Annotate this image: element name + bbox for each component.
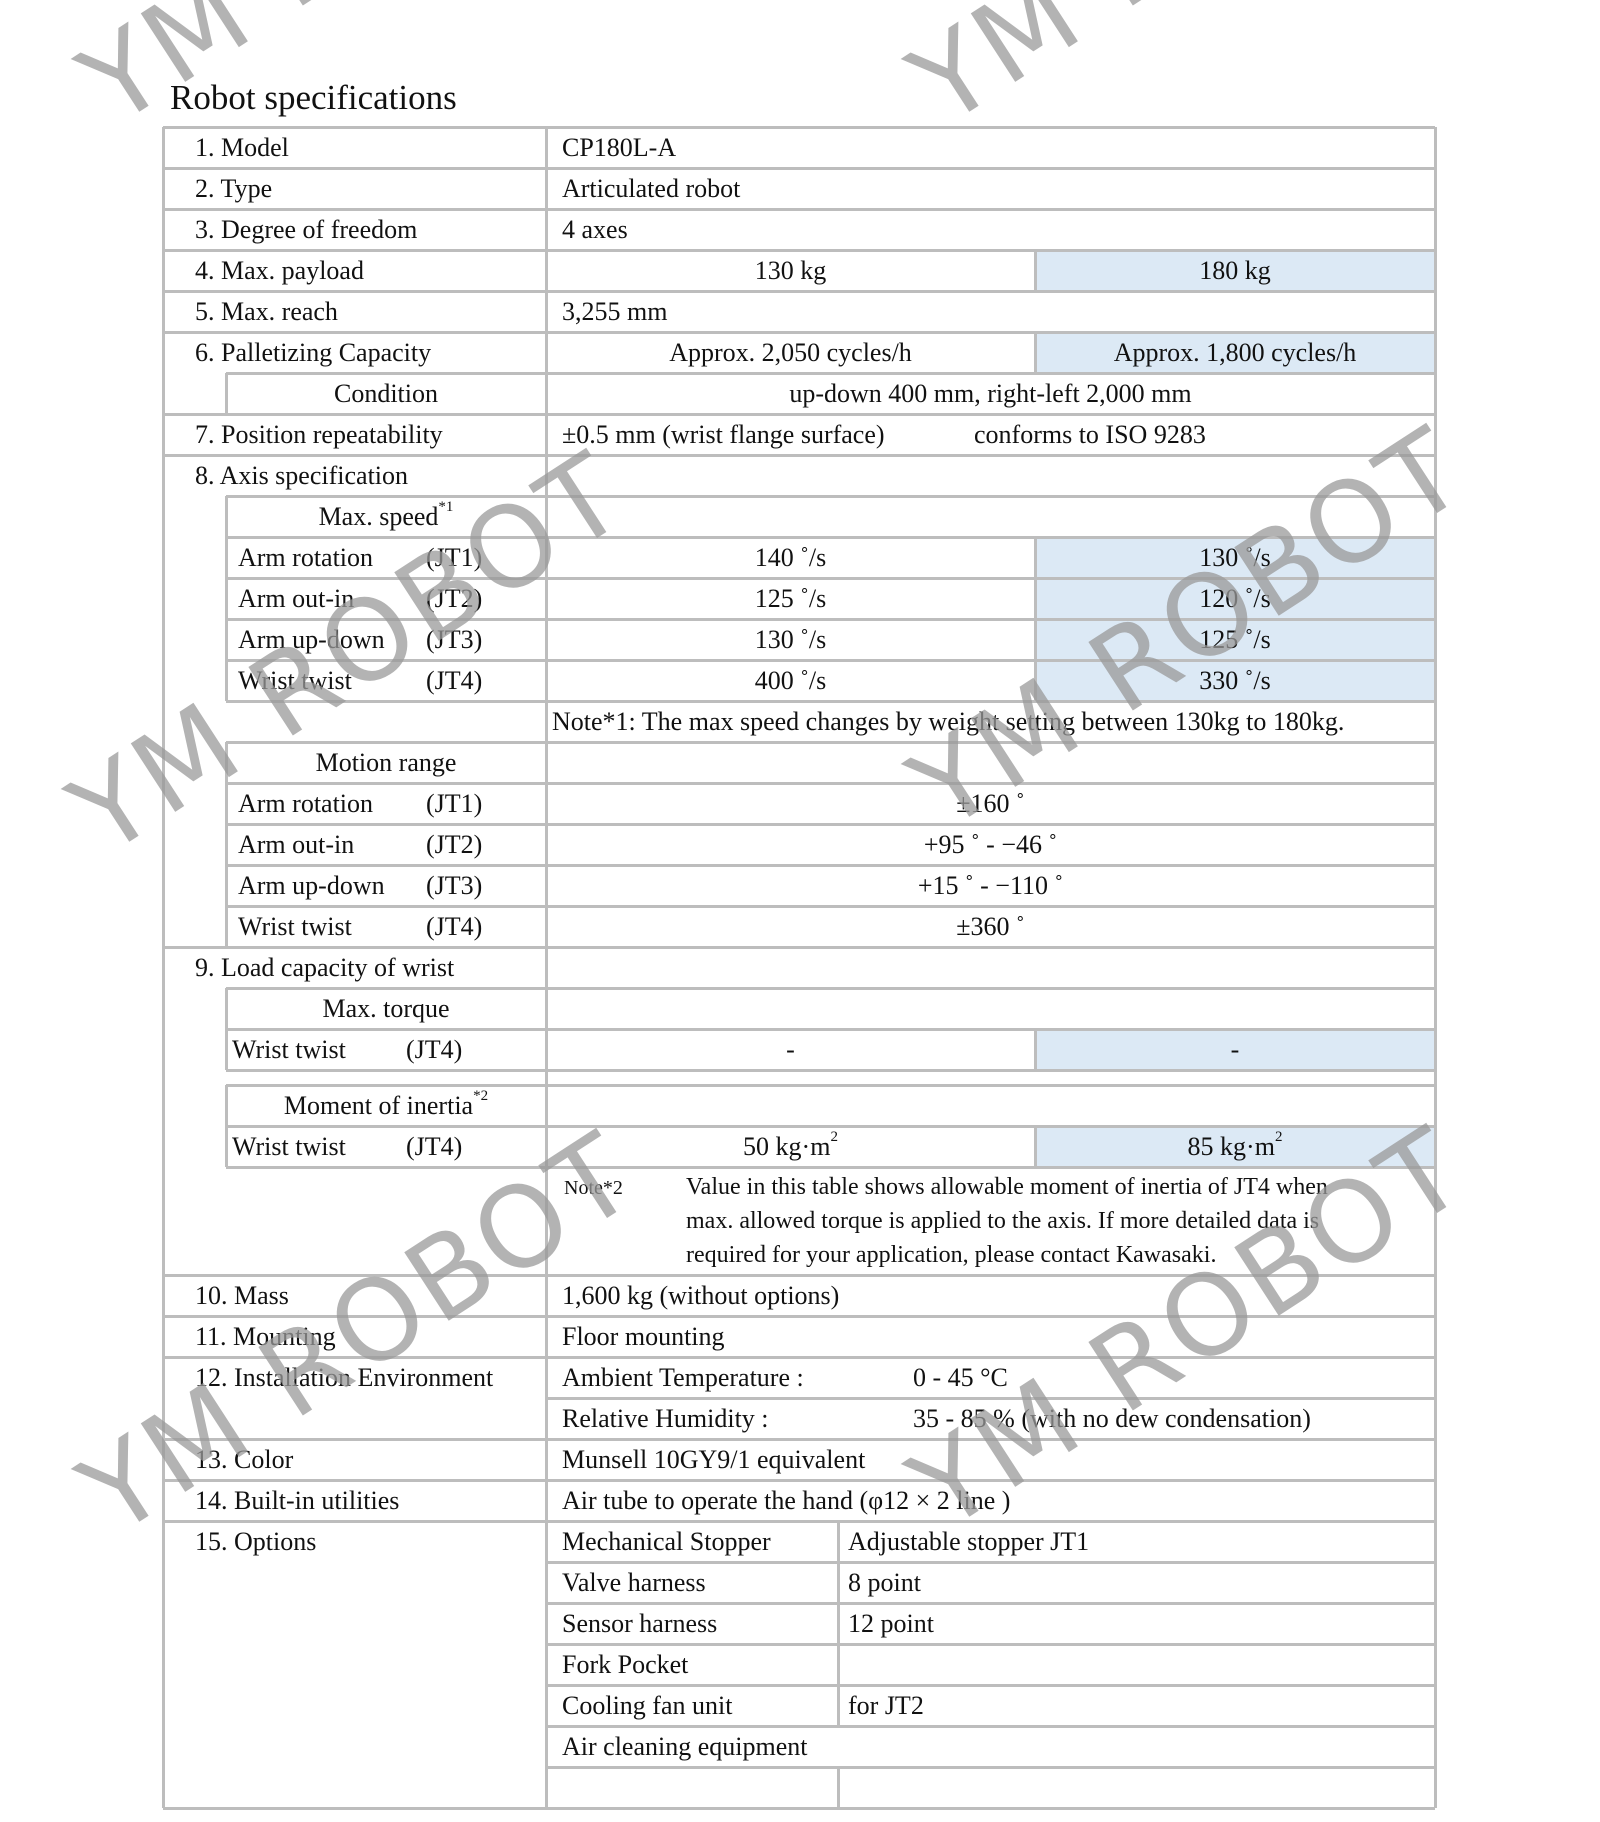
speed-value-a: 400 ˚/s <box>546 660 1035 701</box>
payload-value-a: 130 kg <box>546 250 1035 291</box>
range-axis-jt: (JT1) <box>426 783 526 824</box>
table-rule <box>163 1479 1435 1482</box>
range-value: +15 ˚ - −110 ˚ <box>546 865 1435 906</box>
table-rule <box>163 167 1435 170</box>
range-axis-name: Arm out-in <box>238 824 438 865</box>
table-rule <box>163 126 1435 129</box>
model-label: 1. Model <box>195 127 546 168</box>
speed-value-b: 120 ˚/s <box>1035 578 1435 619</box>
speed-value-b: 125 ˚/s <box>1035 619 1435 660</box>
max-torque-label: Max. torque <box>226 988 546 1029</box>
table-rule <box>162 127 165 1808</box>
speed-axis-name: Arm rotation <box>238 537 438 578</box>
table-rule <box>1034 619 1037 660</box>
inertia-value-b: 85 kg·m2 <box>1035 1126 1435 1167</box>
option-detail: 8 point <box>848 1562 1435 1603</box>
utilities-value: Air tube to operate the hand (φ12 × 2 li… <box>562 1480 1435 1521</box>
table-rule <box>163 249 1435 252</box>
option-detail: 12 point <box>848 1603 1435 1644</box>
table-rule <box>163 1315 1435 1318</box>
range-axis-name: Arm up-down <box>238 865 438 906</box>
inertia-axis-jt: (JT4) <box>406 1126 506 1167</box>
table-rule <box>163 208 1435 211</box>
note-2-line: required for your application, please co… <box>686 1238 1216 1272</box>
humidity-label: Relative Humidity : <box>562 1398 862 1439</box>
table-rule <box>163 1274 1435 1277</box>
dof-value: 4 axes <box>562 209 1435 250</box>
table-rule <box>225 988 228 1070</box>
range-value: ±160 ˚ <box>546 783 1435 824</box>
torque-axis-name: Wrist twist <box>232 1029 432 1070</box>
condition-value: up-down 400 mm, right-left 2,000 mm <box>546 373 1435 414</box>
torque-axis-jt: (JT4) <box>406 1029 506 1070</box>
inertia-axis-name: Wrist twist <box>232 1126 432 1167</box>
environment-label: 12. Installation Environment <box>195 1357 558 1398</box>
option-name: Fork Pocket <box>562 1644 962 1685</box>
temperature-value: 0 - 45 °C <box>913 1357 1413 1398</box>
type-value: Articulated robot <box>562 168 1435 209</box>
speed-value-b: 330 ˚/s <box>1035 660 1435 701</box>
color-value: Munsell 10GY9/1 equivalent <box>562 1439 1435 1480</box>
inertia-label: Moment of inertia*2 <box>226 1085 546 1126</box>
table-rule <box>546 1766 1435 1769</box>
table-rule <box>226 1166 1435 1169</box>
type-label: 2. Type <box>195 168 546 209</box>
mass-value: 1,600 kg (without options) <box>562 1275 1435 1316</box>
table-rule <box>837 1644 840 1685</box>
note-2-label: Note*2 <box>564 1171 623 1205</box>
wrist-load-label: 9. Load capacity of wrist <box>195 947 546 988</box>
option-name: Air cleaning equipment <box>562 1726 962 1767</box>
table-rule <box>1434 127 1437 1808</box>
speed-axis-name: Wrist twist <box>238 660 438 701</box>
table-rule <box>1034 250 1037 291</box>
speed-axis-jt: (JT2) <box>426 578 526 619</box>
dof-label: 3. Degree of freedom <box>195 209 546 250</box>
table-rule <box>1034 537 1037 578</box>
note-2-line: max. allowed torque is applied to the ax… <box>686 1204 1319 1238</box>
speed-value-a: 125 ˚/s <box>546 578 1035 619</box>
repeatability-standard: conforms to ISO 9283 <box>974 414 1374 455</box>
repeatability-value: ±0.5 mm (wrist flange surface) <box>562 414 962 455</box>
torque-value-b: - <box>1035 1029 1435 1070</box>
model-value: CP180L-A <box>562 127 1435 168</box>
max-speed-label: Max. speed*1 <box>226 496 546 537</box>
table-rule <box>1034 1029 1037 1070</box>
note-2-line: Value in this table shows allowable mome… <box>686 1170 1328 1204</box>
speed-axis-jt: (JT1) <box>426 537 526 578</box>
table-rule <box>1034 578 1037 619</box>
humidity-value: 35 - 85 % (with no dew condensation) <box>913 1398 1433 1439</box>
speed-axis-name: Arm out-in <box>238 578 438 619</box>
range-value: ±360 ˚ <box>546 906 1435 947</box>
speed-axis-name: Arm up-down <box>238 619 438 660</box>
range-axis-name: Arm rotation <box>238 783 438 824</box>
payload-label: 4. Max. payload <box>195 250 546 291</box>
reach-value: 3,255 mm <box>562 291 1435 332</box>
table-rule <box>837 1562 840 1603</box>
table-rule <box>163 331 1435 334</box>
table-rule <box>163 1438 1435 1441</box>
table-rule <box>226 1069 1435 1072</box>
speed-axis-jt: (JT3) <box>426 619 526 660</box>
table-rule <box>225 1085 228 1167</box>
page-title: Robot specifications <box>170 78 457 118</box>
condition-label: Condition <box>226 373 546 414</box>
palletizing-label: 6. Palletizing Capacity <box>195 332 546 373</box>
options-label: 15. Options <box>195 1521 546 1562</box>
payload-value-b: 180 kg <box>1035 250 1435 291</box>
table-rule <box>225 496 228 701</box>
table-rule <box>1034 660 1037 701</box>
utilities-label: 14. Built-in utilities <box>195 1480 546 1521</box>
range-axis-jt: (JT2) <box>426 824 526 865</box>
speed-value-b: 130 ˚/s <box>1035 537 1435 578</box>
palletizing-value-b: Approx. 1,800 cycles/h <box>1035 332 1435 373</box>
mounting-label: 11. Mounting <box>195 1316 546 1357</box>
repeatability-label: 7. Position repeatability <box>195 414 546 455</box>
table-rule <box>1034 332 1037 373</box>
table-rule <box>837 1767 840 1808</box>
option-detail: Adjustable stopper JT1 <box>848 1521 1435 1562</box>
mounting-value: Floor mounting <box>562 1316 1435 1357</box>
inertia-value-a: 50 kg·m2 <box>546 1126 1035 1167</box>
motion-range-label: Motion range <box>226 742 546 783</box>
speed-value-a: 130 ˚/s <box>546 619 1035 660</box>
range-axis-jt: (JT4) <box>426 906 526 947</box>
table-rule <box>1034 1126 1037 1167</box>
table-rule <box>837 1685 840 1726</box>
range-axis-jt: (JT3) <box>426 865 526 906</box>
axis-spec-label: 8. Axis specification <box>195 455 546 496</box>
range-axis-name: Wrist twist <box>238 906 438 947</box>
speed-value-a: 140 ˚/s <box>546 537 1035 578</box>
speed-axis-jt: (JT4) <box>426 660 526 701</box>
reach-label: 5. Max. reach <box>195 291 546 332</box>
palletizing-value-a: Approx. 2,050 cycles/h <box>546 332 1035 373</box>
option-detail: for JT2 <box>848 1685 1435 1726</box>
mass-label: 10. Mass <box>195 1275 546 1316</box>
table-rule <box>225 742 228 947</box>
table-rule <box>163 1807 1435 1810</box>
table-rule <box>163 290 1435 293</box>
table-rule <box>837 1603 840 1644</box>
torque-value-a: - <box>546 1029 1035 1070</box>
temperature-label: Ambient Temperature : <box>562 1357 862 1398</box>
note-1: Note*1: The max speed changes by weight … <box>552 701 1435 742</box>
table-rule <box>545 127 548 1808</box>
table-rule <box>837 1521 840 1562</box>
range-value: +95 ˚ - −46 ˚ <box>546 824 1435 865</box>
color-label: 13. Color <box>195 1439 546 1480</box>
